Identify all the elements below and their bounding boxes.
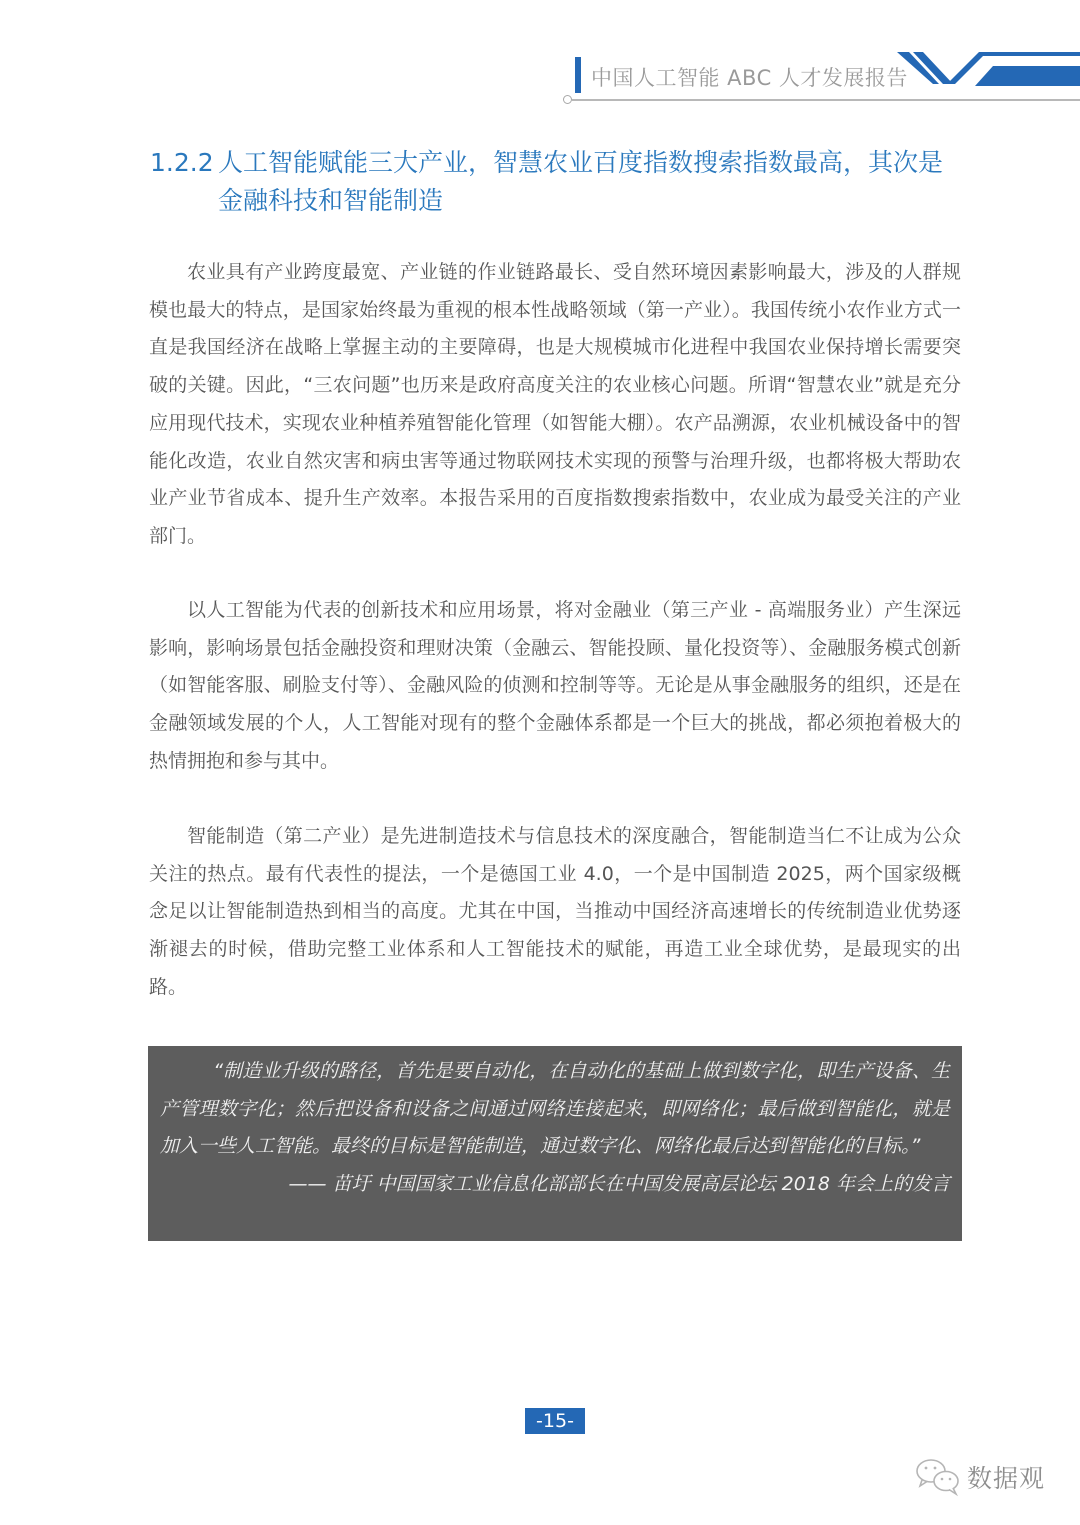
quote-attribution: —— 苗圩 中国国家工业信息化部部长在中国发展高层论坛 2018 年会上的发言 <box>160 1166 950 1204</box>
section-number: 1.2.2 <box>150 144 218 182</box>
section-title-line1: 人工智能赋能三大产业，智慧农业百度指数搜索指数最高，其次是 <box>218 148 943 177</box>
paragraph-finance: 以人工智能为代表的创新技术和应用场景，将对金融业（第三产业 - 高端服务业）产生… <box>149 592 961 781</box>
quote-text: “制造业升级的路径，首先是要自动化，在自动化的基础上做到数字化，即生产设备、生产… <box>160 1053 950 1166</box>
watermark: 数据观 <box>915 1455 1045 1499</box>
section-title-line2: 金融科技和智能制造 <box>150 182 970 220</box>
header-accent-bar <box>575 57 581 93</box>
section-heading: 1.2.2人工智能赋能三大产业，智慧农业百度指数搜索指数最高，其次是 金融科技和… <box>150 144 970 220</box>
paragraph-manufacturing: 智能制造（第二产业）是先进制造技术与信息技术的深度融合，智能制造当仁不让成为公众… <box>149 818 961 1007</box>
page-number: -15- <box>525 1408 585 1434</box>
header-line-dot <box>563 95 572 104</box>
watermark-text: 数据观 <box>967 1459 1045 1495</box>
header-chevron-decoration-icon <box>895 52 1080 102</box>
paragraph-agriculture: 农业具有产业跨度最宽、产业链的作业链路最长、受自然环境因素影响最大，涉及的人群规… <box>149 254 961 556</box>
page-header: 中国人工智能 ABC 人才发展报告 <box>0 0 1080 110</box>
wechat-icon <box>915 1457 961 1497</box>
report-title: 中国人工智能 ABC 人才发展报告 <box>591 62 908 92</box>
quote-box: “制造业升级的路径，首先是要自动化，在自动化的基础上做到数字化，即生产设备、生产… <box>148 1046 962 1241</box>
